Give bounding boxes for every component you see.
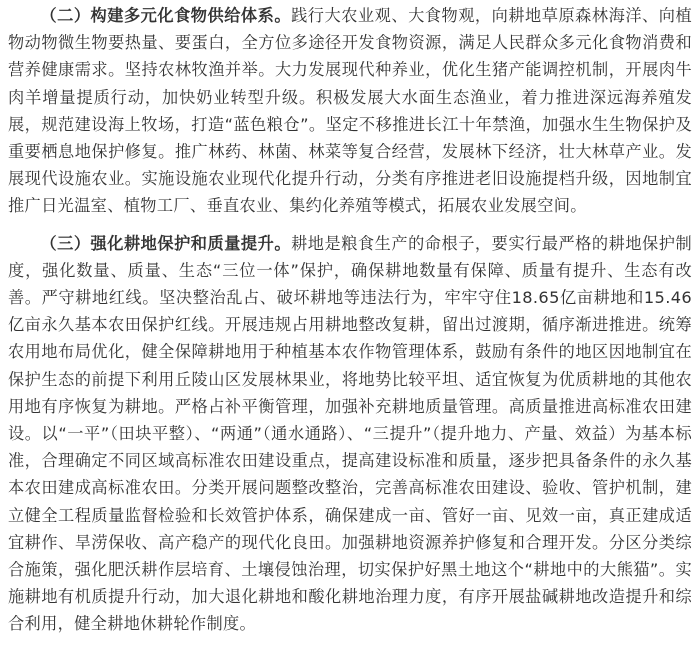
section-heading: （三）强化耕地保护和质量提升。 xyxy=(40,234,291,253)
paragraph-farmland-protection: （三）强化耕地保护和质量提升。耕地是粮食生产的命根子，要实行最严格的耕地保护制度… xyxy=(8,230,692,638)
section-body: 践行大农业观、大食物观，向耕地草原森林海洋、向植物动物微生物要热量、要蛋白，全方… xyxy=(8,6,692,215)
paragraph-diversified-food-supply: （二）构建多元化食物供给体系。践行大农业观、大食物观，向耕地草原森林海洋、向植物… xyxy=(8,2,692,220)
section-body: 耕地是粮食生产的命根子，要实行最严格的耕地保护制度，强化数量、质量、生态“三位一… xyxy=(8,234,692,634)
document-body: （二）构建多元化食物供给体系。践行大农业观、大食物观，向耕地草原森林海洋、向植物… xyxy=(0,0,700,638)
section-heading: （二）构建多元化食物供给体系。 xyxy=(40,6,291,25)
